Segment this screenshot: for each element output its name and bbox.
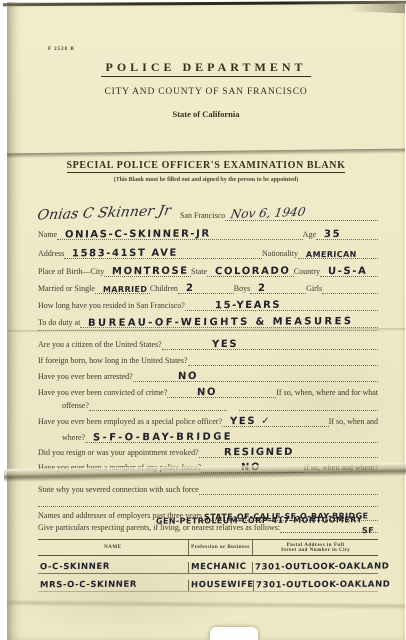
where-row: where? S-F-O-BAY-BRIDGE bbox=[38, 427, 378, 443]
duty-field: BUREAU-OF-WEIGHTS & MEASURES bbox=[80, 311, 378, 328]
arrested-value: NO bbox=[177, 371, 197, 382]
convicted-label: Have you ever been convicted of crime? bbox=[38, 388, 167, 398]
citizen-row: Are you a citizen of the United States? … bbox=[38, 334, 378, 350]
age-label: Age bbox=[303, 230, 316, 240]
special-officer-label: Have you ever been employed as a special… bbox=[38, 417, 222, 427]
severed-continuation-row bbox=[38, 495, 378, 507]
boys-label: Boys bbox=[234, 284, 250, 294]
scanned-document-page: F 2528 B POLICE DEPARTMENT CITY AND COUN… bbox=[0, 0, 406, 640]
nationality-field: AMERICAN bbox=[298, 240, 378, 259]
exam-title: SPECIAL POLICE OFFICER'S EXAMINATION BLA… bbox=[7, 160, 405, 171]
relatives-table: NAME Profession or Business Postal Addre… bbox=[38, 539, 378, 592]
address-label: Address bbox=[38, 249, 64, 259]
marital-value: MARRIED bbox=[103, 285, 148, 294]
convicted-suffix: If so, when, where and for what bbox=[276, 388, 378, 398]
header-address: Postal Address in Full Street and Number… bbox=[252, 540, 378, 555]
resided-field: 15-YEARS bbox=[185, 294, 378, 311]
duty-row: To do duty at BUREAU-OF-WEIGHTS & MEASUR… bbox=[38, 311, 378, 328]
citizen-label: Are you a citizen of the United States? bbox=[38, 340, 162, 350]
age-value: 35 bbox=[324, 229, 341, 240]
header-profession: Profession or Business bbox=[188, 540, 253, 555]
form-body: Onias C Skinner Jr San Francisco Nov 6, … bbox=[38, 201, 378, 473]
children-field: 2 bbox=[178, 277, 234, 294]
header-name: NAME bbox=[38, 540, 188, 555]
duty-label: To do duty at bbox=[38, 318, 80, 328]
offense-label: offense? bbox=[62, 401, 89, 411]
boys-value: 2 bbox=[258, 283, 267, 294]
citizen-field: YES bbox=[162, 334, 378, 350]
severed-row: State why you severed connection with su… bbox=[38, 481, 378, 495]
arrested-row: Have you ever been arrested? NO bbox=[38, 366, 378, 382]
paper-sheet: F 2528 B POLICE DEPARTMENT CITY AND COUN… bbox=[7, 2, 405, 640]
foreign-born-row: If foreign born, how long in the United … bbox=[38, 350, 378, 366]
special-officer-row: Have you ever been employed as a special… bbox=[38, 411, 378, 427]
nationality-label: Nationality bbox=[262, 249, 298, 259]
name-label: Name bbox=[38, 230, 57, 240]
place-label: San Francisco bbox=[180, 211, 225, 221]
marital-label: Married or Single bbox=[38, 284, 95, 294]
exam-instruction: (This Blank must be filled out and signe… bbox=[7, 177, 405, 183]
convicted-row: Have you ever been convicted of crime? N… bbox=[38, 382, 378, 398]
name-value: ONIAS-C-SKINNER-JR bbox=[65, 228, 211, 240]
severed-field bbox=[199, 481, 378, 495]
city-county-heading: CITY AND COUNTY OF SAN FRANCISCO bbox=[7, 87, 405, 97]
date-value: Nov 6, 1940 bbox=[230, 205, 307, 222]
offense-row: offense? bbox=[38, 398, 378, 411]
children-label: Children bbox=[150, 284, 178, 294]
relative-profession: HOUSEWIFE bbox=[188, 580, 254, 591]
duty-value: BUREAU-OF-WEIGHTS & MEASURES bbox=[88, 316, 354, 329]
address-row: Address 1583-41ST AVE Nationality AMERIC… bbox=[38, 240, 378, 259]
convicted-value: NO bbox=[197, 387, 217, 398]
birth-label: Place of Birth—City bbox=[38, 267, 104, 277]
state-heading: State of California bbox=[7, 109, 405, 119]
birth-state-label: State bbox=[191, 267, 207, 277]
severed-continuation-field bbox=[38, 495, 378, 507]
resign-field: RESIGNED bbox=[199, 443, 378, 458]
relative-profession: MECHANIC bbox=[188, 562, 253, 573]
severed-label: State why you severed connection with su… bbox=[38, 485, 199, 495]
special-officer-field: YES ✓ bbox=[222, 411, 329, 427]
birth-state-field: COLORADO bbox=[207, 259, 294, 277]
paper-notch bbox=[210, 627, 258, 640]
resided-value: 15-YEARS bbox=[215, 300, 281, 311]
marital-field: MARRIED bbox=[95, 277, 150, 294]
relatives-table-header: NAME Profession or Business Postal Addre… bbox=[38, 540, 378, 556]
corner-smudge bbox=[335, 2, 405, 13]
form-lower: State why you severed connection with su… bbox=[38, 481, 378, 533]
employers-value-line3: SF bbox=[362, 526, 374, 535]
resign-label: Did you resign or was your appointment r… bbox=[38, 448, 199, 458]
marital-row: Married or Single MARRIED Children 2 Boy… bbox=[38, 277, 378, 294]
where-field: S-F-O-BAY-BRIDGE bbox=[85, 427, 378, 443]
nationality-value: AMERICAN bbox=[306, 250, 357, 259]
table-row: O-C-SKINNER MECHANIC 7301-OUTLOOK-OAKLAN… bbox=[38, 556, 378, 574]
resided-label: How long have you resided in San Francis… bbox=[38, 301, 185, 311]
crease-line-upper bbox=[7, 149, 405, 159]
signature-date-row: Onias C Skinner Jr San Francisco Nov 6, … bbox=[38, 201, 378, 221]
resign-row: Did you resign or was your appointment r… bbox=[38, 443, 378, 458]
age-field: 35 bbox=[316, 221, 378, 240]
date-field: Nov 6, 1940 bbox=[225, 201, 378, 221]
offense-field-b bbox=[239, 398, 378, 411]
relative-address: 7301-OUTLOOK-OAKLAND bbox=[253, 580, 390, 591]
convicted-field: NO bbox=[167, 382, 276, 398]
address-field: 1583-41ST AVE bbox=[64, 240, 262, 259]
birth-country-label: Country bbox=[294, 267, 320, 277]
foreign-born-label: If foreign born, how long in the United … bbox=[38, 356, 188, 366]
boys-field: 2 bbox=[250, 277, 306, 294]
birth-state-value: COLORADO bbox=[215, 266, 291, 278]
form-number: F 2528 B bbox=[48, 47, 75, 52]
girls-field bbox=[322, 277, 378, 294]
crease-line-bottom bbox=[7, 599, 405, 609]
resided-row: How long have you resided in San Francis… bbox=[38, 294, 378, 311]
offense-field-a bbox=[89, 398, 228, 411]
table-row: MRS-O-C-SKINNER HOUSEWIFE 7301-OUTLOOK-O… bbox=[38, 574, 378, 592]
birth-row: Place of Birth—City MONTROSE State COLOR… bbox=[38, 259, 378, 277]
where-label: where? bbox=[62, 433, 85, 443]
address-value: 1583-41ST AVE bbox=[72, 248, 178, 260]
children-value: 2 bbox=[186, 283, 195, 294]
special-officer-value: YES ✓ bbox=[230, 416, 271, 427]
special-officer-suffix: If so, when and bbox=[329, 417, 378, 427]
employers-value-line2: GEN-PETROLEUM-CORP-417-MONTGOMERY bbox=[156, 515, 363, 525]
arrested-label: Have you ever been arrested? bbox=[38, 372, 133, 382]
birth-city-field: MONTROSE bbox=[104, 259, 191, 277]
girls-label: Girls bbox=[306, 284, 322, 294]
name-field: ONIAS-C-SKINNER-JR bbox=[57, 221, 303, 240]
where-value: S-F-O-BAY-BRIDGE bbox=[93, 432, 233, 444]
department-heading: POLICE DEPARTMENT bbox=[7, 60, 405, 75]
relative-address: 7301-OUTLOOK-OAKLAND bbox=[252, 562, 389, 573]
citizen-value: YES bbox=[212, 339, 238, 350]
foreign-born-field bbox=[188, 350, 378, 366]
relative-name: O-C-SKINNER bbox=[38, 562, 188, 573]
birth-city-value: MONTROSE bbox=[112, 266, 189, 278]
birth-country-field: U-S-A bbox=[320, 259, 378, 277]
relative-name: MRS-O-C-SKINNER bbox=[38, 580, 188, 591]
name-row: Name ONIAS-C-SKINNER-JR Age 35 bbox=[38, 221, 378, 240]
resign-value: RESIGNED bbox=[223, 447, 293, 458]
arrested-field: NO bbox=[133, 366, 378, 382]
birth-country-value: U-S-A bbox=[328, 266, 368, 277]
